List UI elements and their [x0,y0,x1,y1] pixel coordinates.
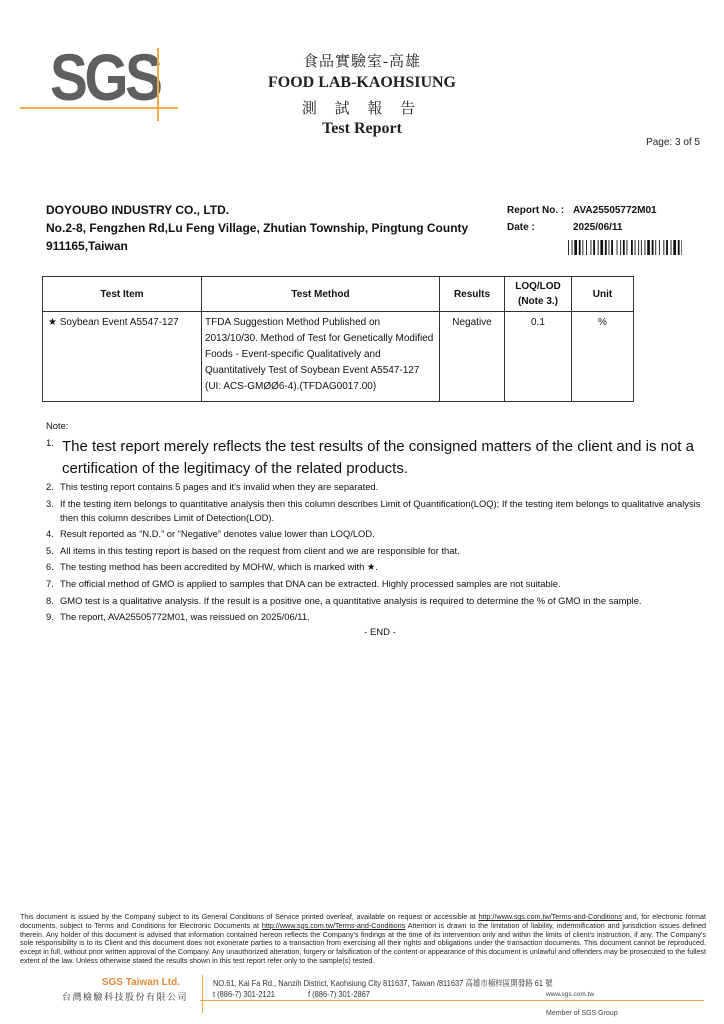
footer-member: Member of SGS Group [546,1010,618,1017]
electronic-terms-link[interactable]: http://www.sgs.com.tw/Terms-and-Conditio… [262,921,405,930]
terms-link[interactable]: http://www.sgs.com.tw/Terms-and-Conditio… [479,912,622,921]
note-item: 1.The test report merely reflects the te… [46,436,706,480]
doc-type-en: Test Report [0,120,724,138]
client-block: DOYOUBO INDUSTRY CO., LTD. No.2-8, Fengz… [46,201,468,255]
client-name: DOYOUBO INDUSTRY CO., LTD. [46,201,468,219]
client-address-line2: 911165,Taiwan [46,237,468,255]
report-date: 2025/06/11 [573,222,623,233]
notes-heading: Note: [46,420,706,431]
note-item: 8.GMO test is a qualitative analysis. If… [46,594,706,608]
col-test-item: Test Item [43,277,202,312]
barcode-icon [568,240,682,255]
col-test-method: Test Method [202,277,440,312]
lab-name-zh: 食品實驗室-高雄 [0,50,724,71]
note-item: 9.The report, AVA25505772M01, was reissu… [46,610,706,624]
footer-company-en: SGS Taiwan Ltd. [84,977,180,988]
doc-type-zh: 測 試 報 告 [0,97,724,118]
note-item: 6.The testing method has been accredited… [46,560,706,574]
report-number: AVA25505772M01 [573,205,657,216]
footer-website[interactable]: www.sgs.com.tw [546,991,594,998]
col-loq-lod: LOQ/LOD(Note 3.) [505,277,572,312]
cell-test-item: ★ Soybean Event A5547-127 [43,312,202,402]
report-date-label: Date : [507,219,573,236]
results-table: Test Item Test Method Results LOQ/LOD(No… [42,276,634,402]
note-item: 7.The official method of GMO is applied … [46,577,706,591]
table-header-row: Test Item Test Method Results LOQ/LOD(No… [43,277,634,312]
cell-unit: % [572,312,634,402]
report-meta: Report No. :AVA25505772M01 Date :2025/06… [507,202,657,236]
footer-company-zh: 台灣檢驗科技股份有限公司 [62,990,188,1003]
page-number: Page: 3 of 5 [646,137,700,148]
footer-address: NO.61, Kai Fa Rd., Nanzih District, Kaoh… [213,977,553,989]
lab-name-en: FOOD LAB-KAOHSIUNG [0,74,724,92]
notes-list: 1.The test report merely reflects the te… [46,436,706,624]
notes-section: Note: 1.The test report merely reflects … [46,420,706,627]
footer-horizontal-rule [200,1000,704,1001]
footer-vertical-rule [202,975,203,1013]
footer-phone: t (886-7) 301-2121 [213,989,275,999]
cell-test-method: TFDA Suggestion Method Published on 2013… [202,312,440,402]
footer-fax: f (886-7) 301-2867 [308,989,370,999]
col-results: Results [440,277,505,312]
col-unit: Unit [572,277,634,312]
report-number-label: Report No. : [507,202,573,219]
note-item: 2.This testing report contains 5 pages a… [46,480,706,494]
table-row: ★ Soybean Event A5547-127 TFDA Suggestio… [43,312,634,402]
note-item: 3.If the testing item belongs to quantit… [46,497,706,525]
client-address-line1: No.2-8, Fengzhen Rd,Lu Feng Village, Zhu… [46,219,468,237]
note-item: 4.Result reported as “N.D.” or “Negative… [46,527,706,541]
footer-disclaimer: This document is issued by the Company s… [20,913,706,966]
end-marker: - END - [0,627,724,638]
note-item: 5.All items in this testing report is ba… [46,544,706,558]
cell-result: Negative [440,312,505,402]
cell-loq-lod: 0.1 [505,312,572,402]
